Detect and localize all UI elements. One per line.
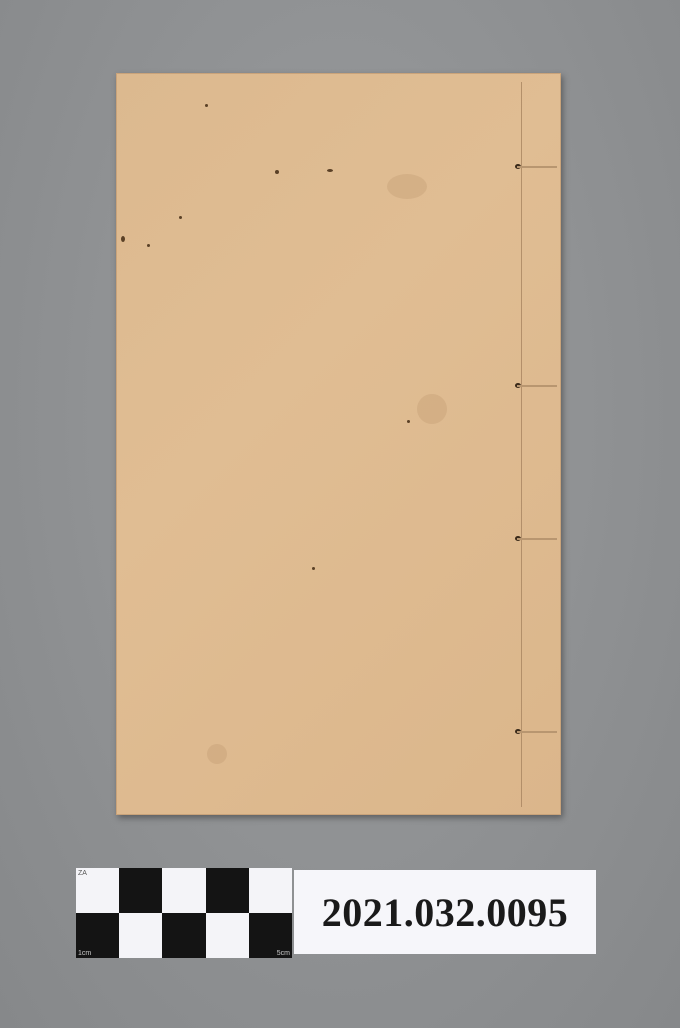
- binding-stitch: [517, 731, 557, 733]
- paper-spot: [327, 169, 333, 172]
- paper-spot: [205, 104, 208, 107]
- paper-stain: [387, 174, 427, 199]
- scale-end-label: 5cm: [277, 950, 290, 957]
- scale-square-white: [249, 868, 292, 913]
- binding-stitch: [517, 538, 557, 540]
- scale-corner-label: ZA: [78, 870, 87, 877]
- scale-square-black: 1cm: [76, 913, 119, 958]
- paper-stain: [417, 394, 447, 424]
- color-scale-bar: ZA 1cm 5cm: [76, 868, 292, 958]
- paper-spot: [407, 420, 410, 423]
- scale-start-label: 1cm: [78, 950, 91, 957]
- paper-spot: [147, 244, 150, 247]
- scale-square-white: ZA: [76, 868, 119, 913]
- scale-square-white: [162, 868, 205, 913]
- scale-square-black: [162, 913, 205, 958]
- book-cover: [116, 73, 561, 815]
- binding-stitch: [517, 385, 557, 387]
- paper-spot: [121, 236, 125, 242]
- accession-number-label: 2021.032.0095: [294, 870, 596, 954]
- paper-spot: [275, 170, 279, 174]
- spine-fold-line: [521, 82, 522, 807]
- scale-square-white: [206, 913, 249, 958]
- scale-square-black: 5cm: [249, 913, 292, 958]
- binding-stitch: [517, 166, 557, 168]
- paper-spot: [312, 567, 315, 570]
- paper-stain: [207, 744, 227, 764]
- scale-square-black: [119, 868, 162, 913]
- paper-spot: [179, 216, 182, 219]
- scale-square-black: [206, 868, 249, 913]
- scale-square-white: [119, 913, 162, 958]
